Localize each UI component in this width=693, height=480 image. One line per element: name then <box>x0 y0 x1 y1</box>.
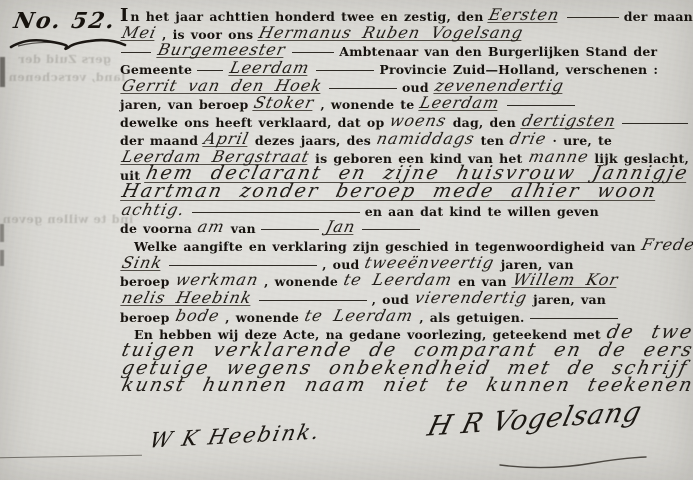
printed-text: · ure, te <box>553 133 613 148</box>
printed-text: der maand <box>120 133 198 148</box>
ink-bleedthrough-text: ind te willen geven <box>2 212 133 226</box>
handwritten-text: namiddags <box>375 132 476 145</box>
handwritten-text: Jan <box>324 220 357 235</box>
document-line: kunst hunnen naam niet te kunnen teekene… <box>118 378 693 396</box>
handwritten-text: tuigen verklarende de comparant en de ee… <box>120 343 693 358</box>
handwritten-text: Willem Kor <box>511 273 620 288</box>
handwritten-text: werkman <box>174 273 260 286</box>
blank-rule <box>530 317 618 319</box>
handwritten-text: bode <box>174 309 221 322</box>
handwritten-text: Frederik <box>640 238 693 251</box>
printed-text: , oud <box>372 292 409 307</box>
handwritten-text: woens <box>389 114 448 127</box>
handwritten-text: nelis Heebink <box>120 291 253 306</box>
handwritten-text: Hermanus Ruben Vogelsang <box>258 26 525 41</box>
printed-text: Provincie Zuid—Holland, verschenen : <box>379 62 658 77</box>
blank-rule <box>316 69 374 71</box>
blank-rule <box>507 104 575 106</box>
blank-rule <box>292 51 334 53</box>
handwritten-text: Sink <box>120 256 164 271</box>
handwritten-text: Gerrit van den Hoek <box>120 79 323 94</box>
handwritten-text: Stoker <box>253 96 316 111</box>
document-line: Hartman zonder beroep mede alhier woon <box>118 184 693 202</box>
printed-text: ten <box>481 133 504 148</box>
scan-edge-mark <box>0 57 5 87</box>
printed-text: de voorna <box>120 221 192 236</box>
document-line: Gerrit van den Hoekoudzevenendertig <box>118 78 693 96</box>
printed-text: en aan dat kind te willen geven <box>365 204 599 219</box>
handwritten-text: kunst hunnen naam niet te kunnen teekene… <box>120 378 693 393</box>
document-line: beroepbode, wonendete Leerdam, als getui… <box>118 308 693 326</box>
handwritten-text: drie <box>509 132 548 145</box>
handwritten-text: Mei <box>120 26 157 41</box>
printed-text: van <box>231 221 256 236</box>
document-lines: In het jaar achttien honderd twee en zes… <box>118 7 693 396</box>
printed-text: dezes jaars, des <box>255 133 371 148</box>
act-number-flourish <box>8 34 128 52</box>
act-number: No. 52. <box>12 8 119 34</box>
printed-text: jaren, van beroep <box>120 97 248 112</box>
blank-rule <box>329 87 397 89</box>
handwritten-text: vierendertig <box>413 291 528 304</box>
blank-rule <box>197 69 223 71</box>
handwritten-text: tweeënveertig <box>364 256 496 269</box>
handwritten-text: Leerdam <box>228 61 311 76</box>
blank-rule <box>121 51 151 53</box>
handwritten-text: Burgemeester <box>156 43 287 58</box>
handwritten-text: Leerdam <box>419 96 502 111</box>
printed-text: Ambtenaar van den Burgerlijken Stand der <box>339 44 657 59</box>
handwritten-text: zevenendertig <box>433 79 565 94</box>
printed-text: Welke aangifte en verklaring zijn geschi… <box>134 239 636 254</box>
signature-flourish <box>498 455 648 471</box>
handwritten-text: manne <box>527 150 590 163</box>
handwritten-text: te Leerdam <box>342 273 453 286</box>
handwritten-text: am <box>197 220 227 233</box>
blank-rule <box>622 122 688 124</box>
handwritten-text: dertigsten <box>520 114 617 129</box>
printed-text: Gemeente <box>120 62 192 77</box>
ink-bleedthrough-text: gers Zuid der <box>18 52 111 66</box>
printed-text: , wonende <box>264 274 338 289</box>
handwritten-text: Eersten <box>488 8 562 23</box>
blank-rule <box>169 264 317 266</box>
printed-text: beroep <box>120 310 170 325</box>
handwritten-text: April <box>202 132 250 147</box>
printed-text: dag, den <box>453 115 516 130</box>
ink-bleedthrough-text: land, verschenen <box>8 70 125 84</box>
handwritten-text: Hartman zonder beroep mede alhier woon <box>120 184 659 201</box>
printed-text: jaren, van <box>533 292 606 307</box>
blank-rule <box>259 299 367 301</box>
document-line: Welke aangifte en verklaring zijn geschi… <box>118 237 693 255</box>
printed-text: der maand <box>624 9 693 24</box>
blank-rule <box>261 228 319 230</box>
document-line: de voornaamvanJan <box>118 219 693 237</box>
blank-rule <box>567 16 619 18</box>
blank-rule <box>192 211 360 213</box>
printed-text: , wonende <box>225 310 299 325</box>
scan-edge-mark <box>0 224 4 242</box>
handwritten-text: achtig. <box>120 203 186 216</box>
document-line: BurgemeesterAmbtenaar van den Burgerlijk… <box>118 42 693 60</box>
blank-rule <box>362 228 420 230</box>
printed-text: dewelke ons heeft verklaard, dat op <box>120 115 384 130</box>
handwritten-text: te Leerdam <box>304 309 415 322</box>
printed-text: , als getuigen. <box>419 310 524 325</box>
printed-text: n het jaar achttien honderd twee en zest… <box>130 9 483 24</box>
document-line: der maandAprildezes jaars, desnamiddagst… <box>118 131 693 149</box>
scan-edge-mark <box>0 250 4 266</box>
